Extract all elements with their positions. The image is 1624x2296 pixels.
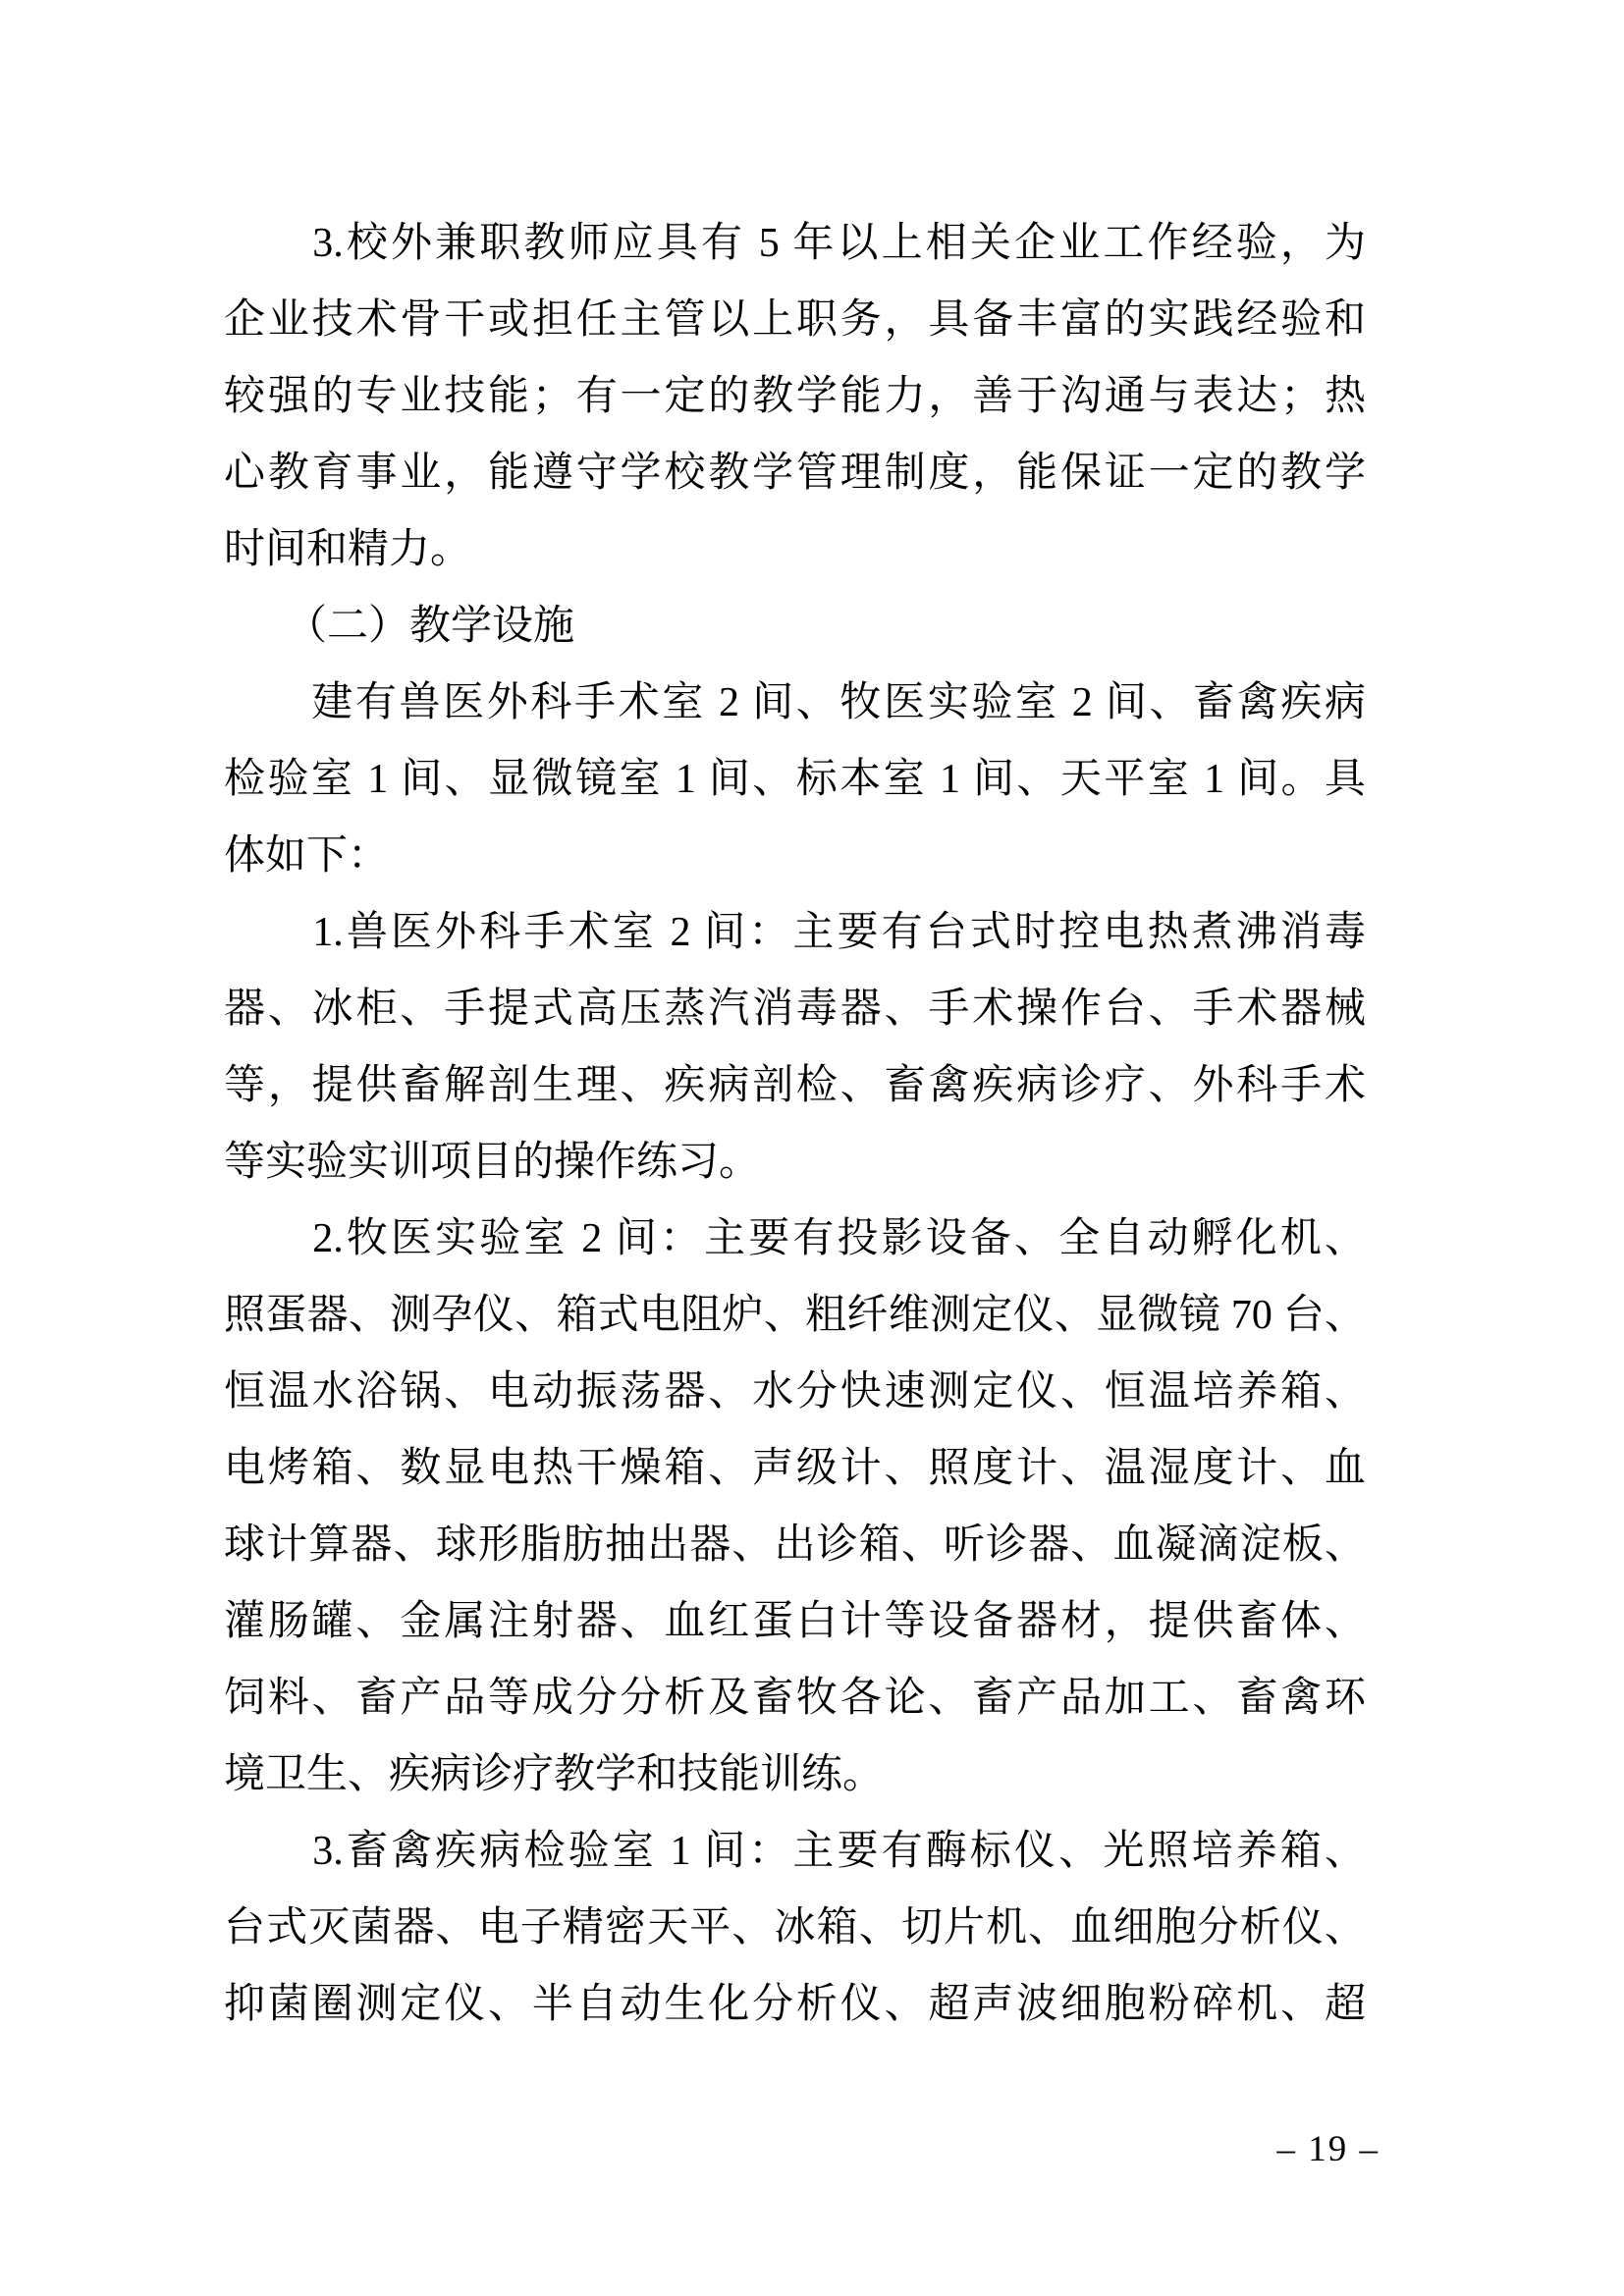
text-line: 较强的专业技能；有一定的教学能力，善于沟通与表达；热 <box>224 358 1366 435</box>
section-heading: （二）教学设施 <box>224 588 1366 665</box>
text-line: 抑菌圈测定仪、半自动生化分析仪、超声波细胞粉碎机、超 <box>224 1966 1366 2043</box>
text-line: 恒温水浴锅、电动振荡器、水分快速测定仪、恒温培养箱、 <box>224 1354 1366 1430</box>
text-line: 2.牧医实验室 2 间：主要有投影设备、全自动孵化机、 <box>224 1201 1366 1277</box>
text-line: 3.校外兼职教师应具有 5 年以上相关企业工作经验，为 <box>224 205 1366 282</box>
text-line: 企业技术骨干或担任主管以上职务，具备丰富的实践经验和 <box>224 282 1366 358</box>
body-text: 3.校外兼职教师应具有 5 年以上相关企业工作经验，为 企业技术骨干或担任主管以… <box>224 205 1366 2043</box>
text-line: 建有兽医外科手术室 2 间、牧医实验室 2 间、畜禽疾病 <box>224 665 1366 741</box>
text-line: 球计算器、球形脂肪抽出器、出诊箱、听诊器、血凝滴淀板、 <box>224 1507 1366 1583</box>
text-line: 器、冰柜、手提式高压蒸汽消毒器、手术操作台、手术器械 <box>224 971 1366 1047</box>
text-line: 电烤箱、数显电热干燥箱、声级计、照度计、温湿度计、血 <box>224 1430 1366 1507</box>
text-line: 1.兽医外科手术室 2 间：主要有台式时控电热煮沸消毒 <box>224 894 1366 971</box>
text-line: 心教育事业，能遵守学校教学管理制度，能保证一定的教学 <box>224 435 1366 511</box>
text-line: 等实验实训项目的操作练习。 <box>224 1124 1366 1201</box>
text-line: 境卫生、疾病诊疗教学和技能训练。 <box>224 1736 1366 1813</box>
text-line: 饲料、畜产品等成分分析及畜牧各论、畜产品加工、畜禽环 <box>224 1660 1366 1736</box>
document-page: 3.校外兼职教师应具有 5 年以上相关企业工作经验，为 企业技术骨干或担任主管以… <box>0 0 1624 2296</box>
text-line: 3.畜禽疾病检验室 1 间：主要有酶标仪、光照培养箱、 <box>224 1813 1366 1890</box>
page-number: – 19 – <box>1277 2128 1380 2171</box>
text-line: 等，提供畜解剖生理、疾病剖检、畜禽疾病诊疗、外科手术 <box>224 1047 1366 1124</box>
text-line: 时间和精力。 <box>224 511 1366 588</box>
text-line: 体如下： <box>224 818 1366 894</box>
text-line: 台式灭菌器、电子精密天平、冰箱、切片机、血细胞分析仪、 <box>224 1890 1366 1966</box>
text-line: 灌肠罐、金属注射器、血红蛋白计等设备器材，提供畜体、 <box>224 1583 1366 1660</box>
text-line: 检验室 1 间、显微镜室 1 间、标本室 1 间、天平室 1 间。具 <box>224 741 1366 818</box>
text-line: 照蛋器、测孕仪、箱式电阻炉、粗纤维测定仪、显微镜 70 台、 <box>224 1277 1366 1354</box>
